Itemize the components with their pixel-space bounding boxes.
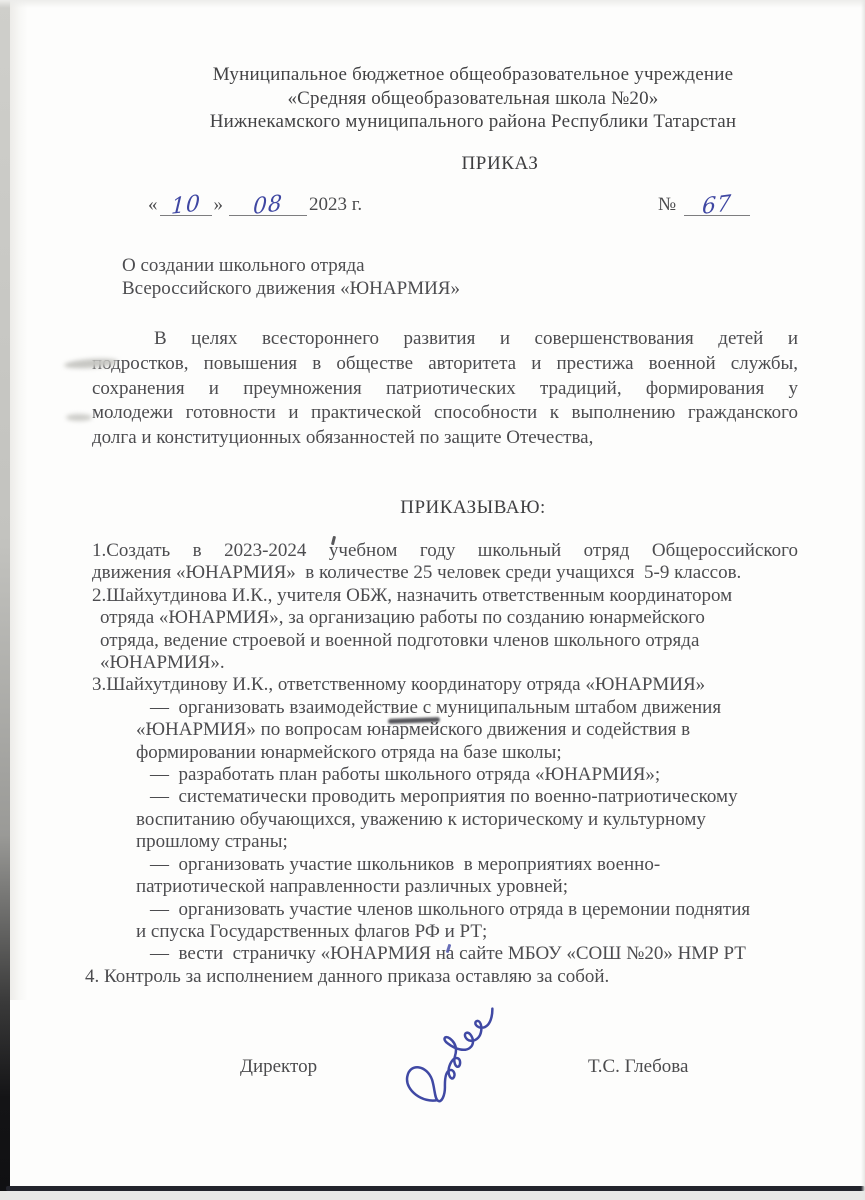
subject-line-1: О создании школьного отряда [122, 254, 460, 277]
order-line: — организовать взаимодействие с муниципа… [92, 697, 798, 719]
scan-edge-right [861, 0, 865, 1200]
order-line: — вести страничку «ЮНАРМИЯ на сайте МБОУ… [92, 943, 798, 965]
number-sign: № [658, 194, 676, 215]
preamble-line: В целях всестороннего развития и соверше… [92, 327, 798, 352]
order-line: «ЮНАРМИЯ». [92, 652, 798, 674]
preamble-paragraph: В целях всестороннего развития и соверше… [92, 327, 798, 451]
day-blank-line: 10 [160, 194, 212, 216]
order-line: — организовать участие членов школьного … [92, 899, 798, 921]
scan-artifact-smudge [66, 414, 92, 421]
close-quote: » [214, 194, 224, 215]
scanned-order-document: Муниципальное бюджетное общеобразователь… [0, 0, 865, 1200]
preamble-line: долга и конституционных обязанностей по … [92, 426, 798, 451]
order-line: отряда, ведение строевой и военной подго… [92, 630, 798, 652]
order-line: 1.Создать в 2023-2024 учебном году школь… [92, 540, 798, 562]
month-blank-line: 08 [229, 194, 307, 216]
handwritten-number: 67 [702, 194, 733, 218]
letterhead-line-2: «Средняя общеобразовательная школа №20» [120, 87, 826, 111]
order-line: и спуска Государственных флагов РФ и РТ; [92, 921, 798, 943]
resolution-heading: ПРИКАЗЫВАЮ: [120, 497, 826, 519]
scan-edge-left-soft [10, 0, 28, 1000]
handwritten-day: 10 [170, 194, 201, 218]
letterhead-line-1: Муниципальное бюджетное общеобразователь… [120, 63, 826, 87]
date-and-number-row: «10»082023 г. №67 [92, 194, 798, 224]
order-line: патриотической направленности различных … [92, 876, 798, 898]
order-line: формировании юнармейского отряда на базе… [92, 742, 798, 764]
order-line: — организовать участие школьников в меро… [92, 854, 798, 876]
year-suffix: 2023 г. [309, 194, 362, 215]
letterhead-line-3: Нижнекамского муниципального района Респ… [120, 110, 826, 134]
open-quote: « [148, 194, 158, 215]
handwritten-signature [393, 998, 543, 1110]
order-line: — систематически проводить мероприятия п… [92, 786, 798, 808]
letterhead: Муниципальное бюджетное общеобразователь… [120, 63, 826, 134]
signer-position: Директор [240, 1056, 317, 1078]
preamble-line: подростков, повышения в обществе авторит… [92, 352, 798, 377]
subject-block: О создании школьного отряда Всероссийско… [122, 254, 460, 301]
preamble-line: молодежи готовности и практической спосо… [92, 401, 798, 426]
preamble-line: сохранения и преумножения патриотических… [92, 377, 798, 402]
order-line: 4. Контроль за исполнением данного прика… [85, 966, 798, 988]
order-line: движения «ЮНАРМИЯ» в количестве 25 челов… [92, 562, 798, 584]
number-blank-line: 67 [684, 194, 750, 216]
handwritten-month: 08 [253, 194, 284, 218]
order-line: воспитанию обучающихся, уважению к истор… [92, 809, 798, 831]
order-line: — разработать план работы школьного отря… [92, 764, 798, 786]
order-items: 1.Создать в 2023-2024 учебном году школь… [92, 540, 798, 988]
scan-edge-top [0, 0, 865, 8]
order-line: отряда «ЮНАРМИЯ», за организацию работы … [92, 607, 798, 629]
scan-edge-bottom [0, 1191, 865, 1200]
order-line: 2.Шайхутдинова И.К., учителя ОБЖ, назнач… [92, 585, 798, 607]
order-line: 3.Шайхутдинову И.К., ответственному коор… [92, 674, 798, 696]
date-field: «10»082023 г. [148, 194, 362, 216]
order-line: «ЮНАРМИЯ» по вопросам юнармейского движе… [92, 719, 798, 741]
signer-name: Т.С. Глебова [588, 1056, 688, 1078]
scan-edge-left [0, 0, 10, 1193]
document-type-title: ПРИКАЗ [147, 153, 853, 175]
subject-line-2: Всероссийского движения «ЮНАРМИЯ» [122, 277, 460, 300]
order-line: прошлому страны; [92, 831, 798, 853]
order-number-field: №67 [658, 194, 750, 216]
